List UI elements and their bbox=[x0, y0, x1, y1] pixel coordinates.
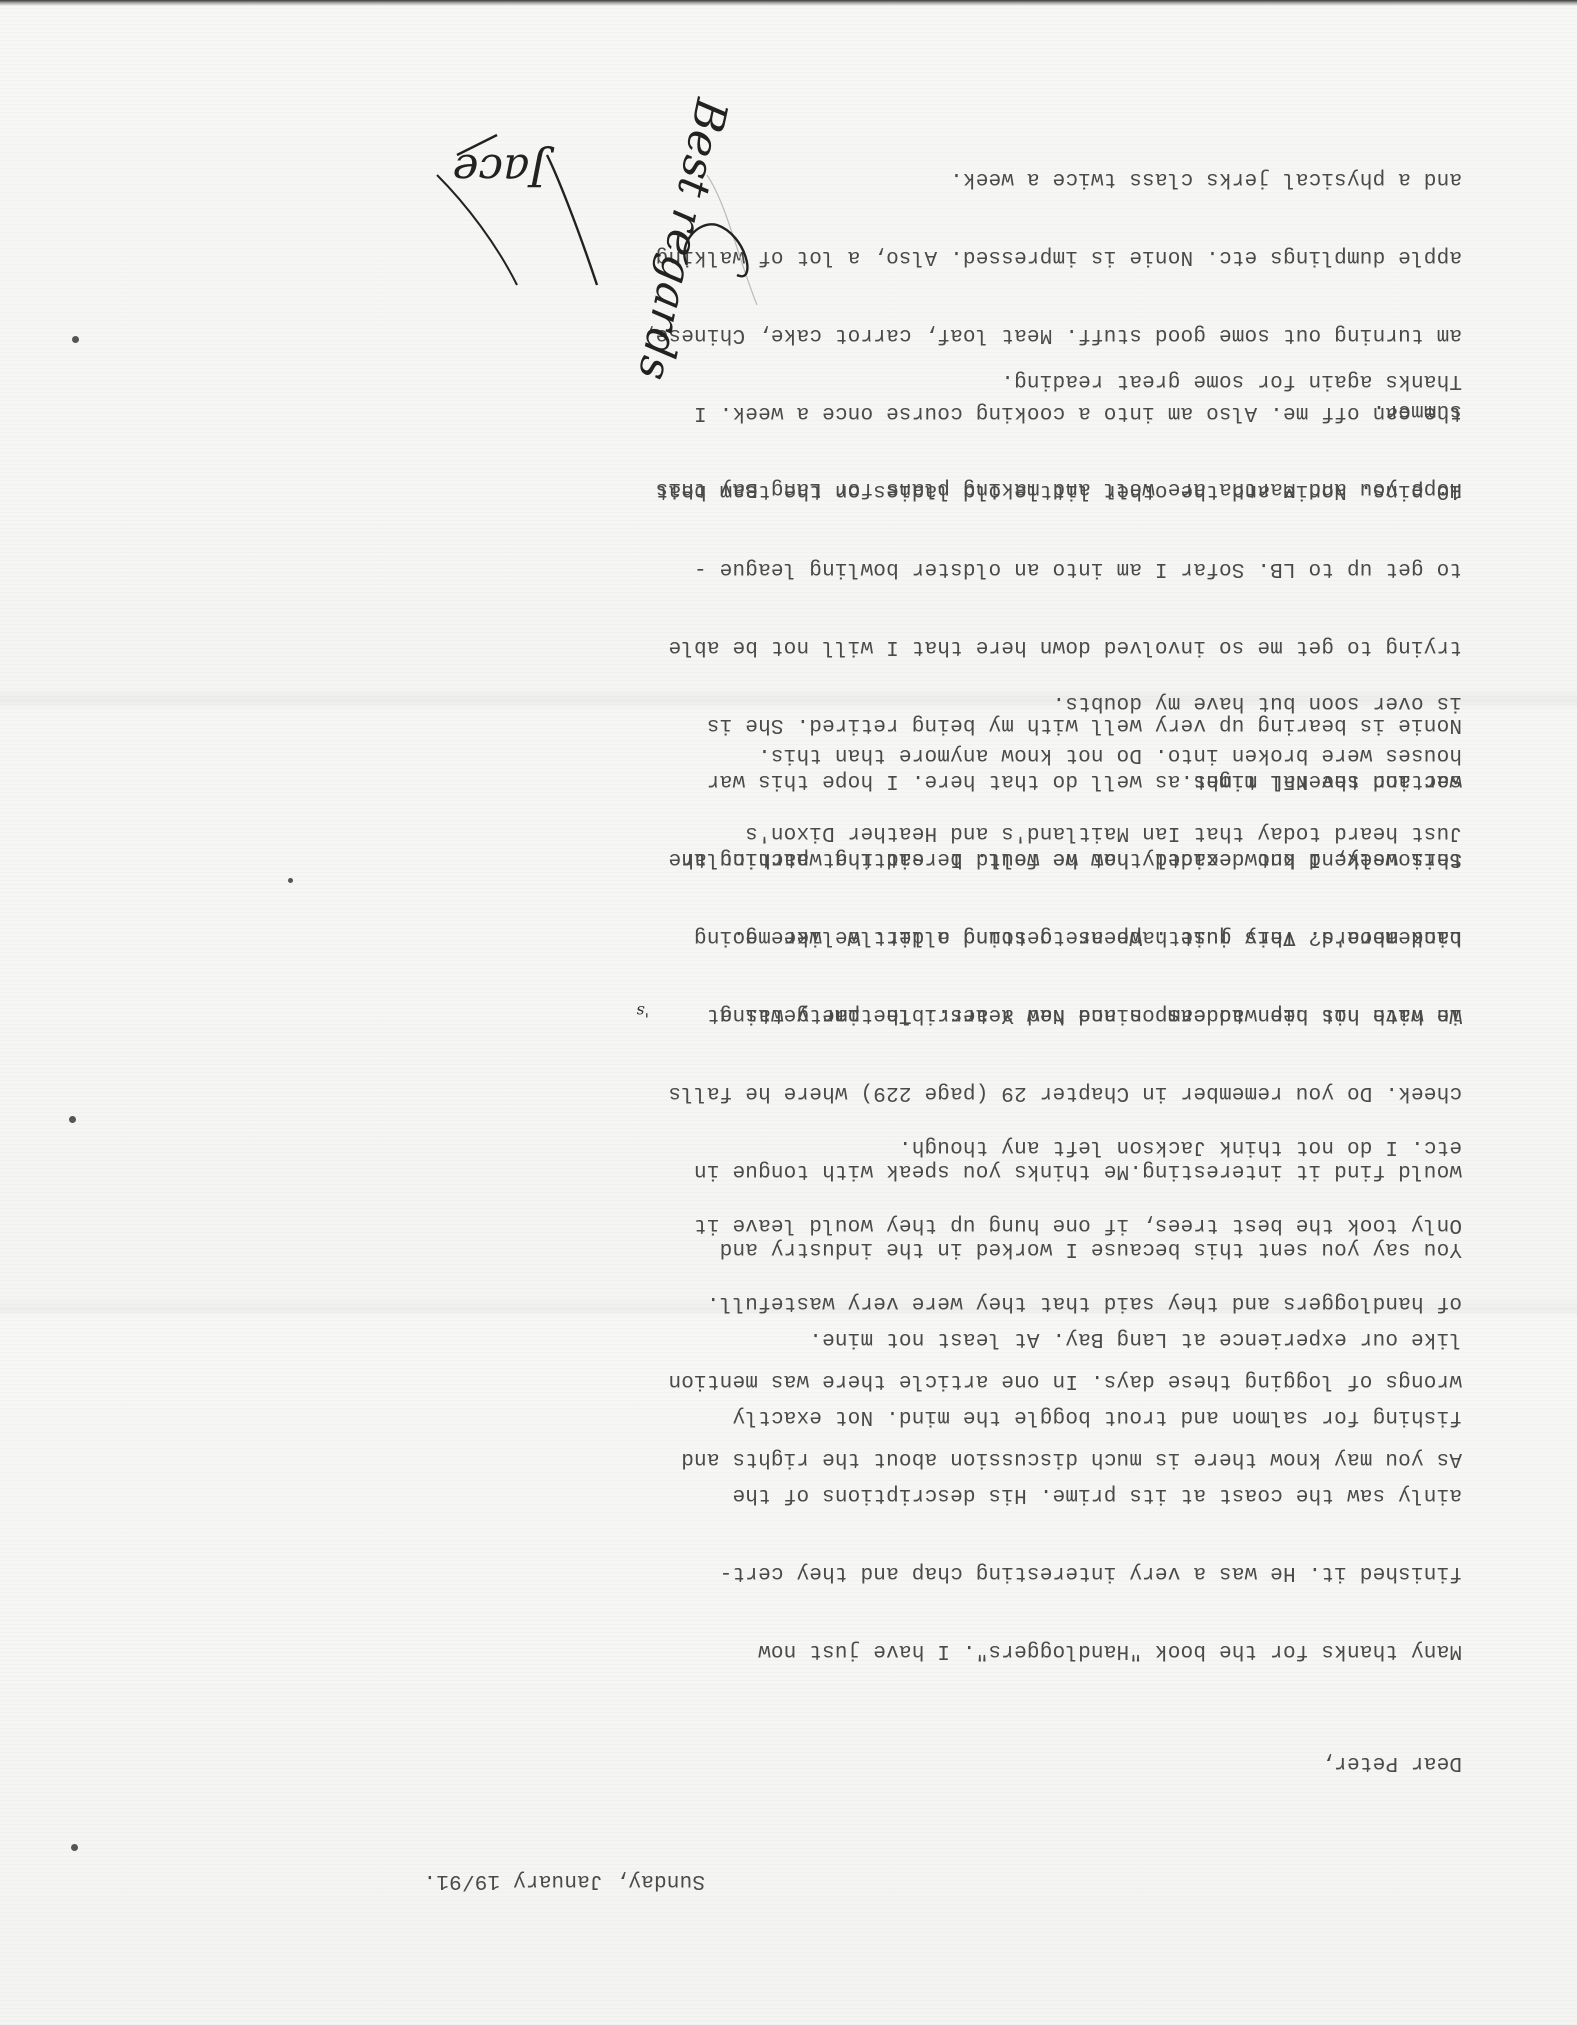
handwritten-insert: 's bbox=[636, 1002, 649, 1021]
signature-block: Best regards Jace bbox=[377, 65, 797, 345]
text-line: Nonie is bearing up very well with my be… bbox=[643, 711, 1462, 737]
text-line: Thanks again for some great reading. bbox=[1001, 367, 1462, 393]
signature-name: Jace bbox=[452, 144, 547, 195]
scan-edge-shadow bbox=[0, 0, 1577, 6]
text-line: would find it interesting.Me thinks you … bbox=[668, 1157, 1462, 1183]
text-line: You say you sent this because I worked i… bbox=[668, 1235, 1462, 1261]
paragraph-8: Thanks again for some great reading. bbox=[1001, 315, 1462, 445]
margin-mark bbox=[69, 1116, 76, 1123]
text-line: trying to get me so involved down here t… bbox=[643, 633, 1462, 659]
margin-mark bbox=[71, 1844, 78, 1851]
text-line: to get up to LB. Sofar I am into an olds… bbox=[643, 555, 1462, 581]
text-line: finished it. He was a very interesting c… bbox=[719, 1559, 1462, 1585]
text-line: wrongs of logging these days. In one art… bbox=[668, 1367, 1462, 1393]
margin-mark bbox=[288, 878, 293, 883]
salutation: Dear Peter, bbox=[1321, 1749, 1462, 1775]
text-line: Many thanks for the book "Handloggers". … bbox=[719, 1637, 1462, 1663]
letter-page: Sunday, January 19/91. Dear Peter, Many … bbox=[0, 0, 1577, 2025]
letter-date: Sunday, January 19/91. bbox=[423, 1867, 705, 1893]
text-line: Lindemere's. Very quiet. We are getting … bbox=[668, 923, 1462, 949]
text-line: We have not been to camp since New Years… bbox=[668, 1001, 1462, 1027]
text-line: cheek. Do you remember in Chapter 29 (pa… bbox=[668, 1079, 1462, 1105]
text-line: As you may know there is much discussion… bbox=[668, 1445, 1462, 1471]
margin-mark bbox=[72, 336, 79, 343]
text-line: Just heard today that Ian Maitland's and… bbox=[745, 819, 1462, 845]
text-line: Hope you and Martha are well and making … bbox=[655, 475, 1462, 501]
